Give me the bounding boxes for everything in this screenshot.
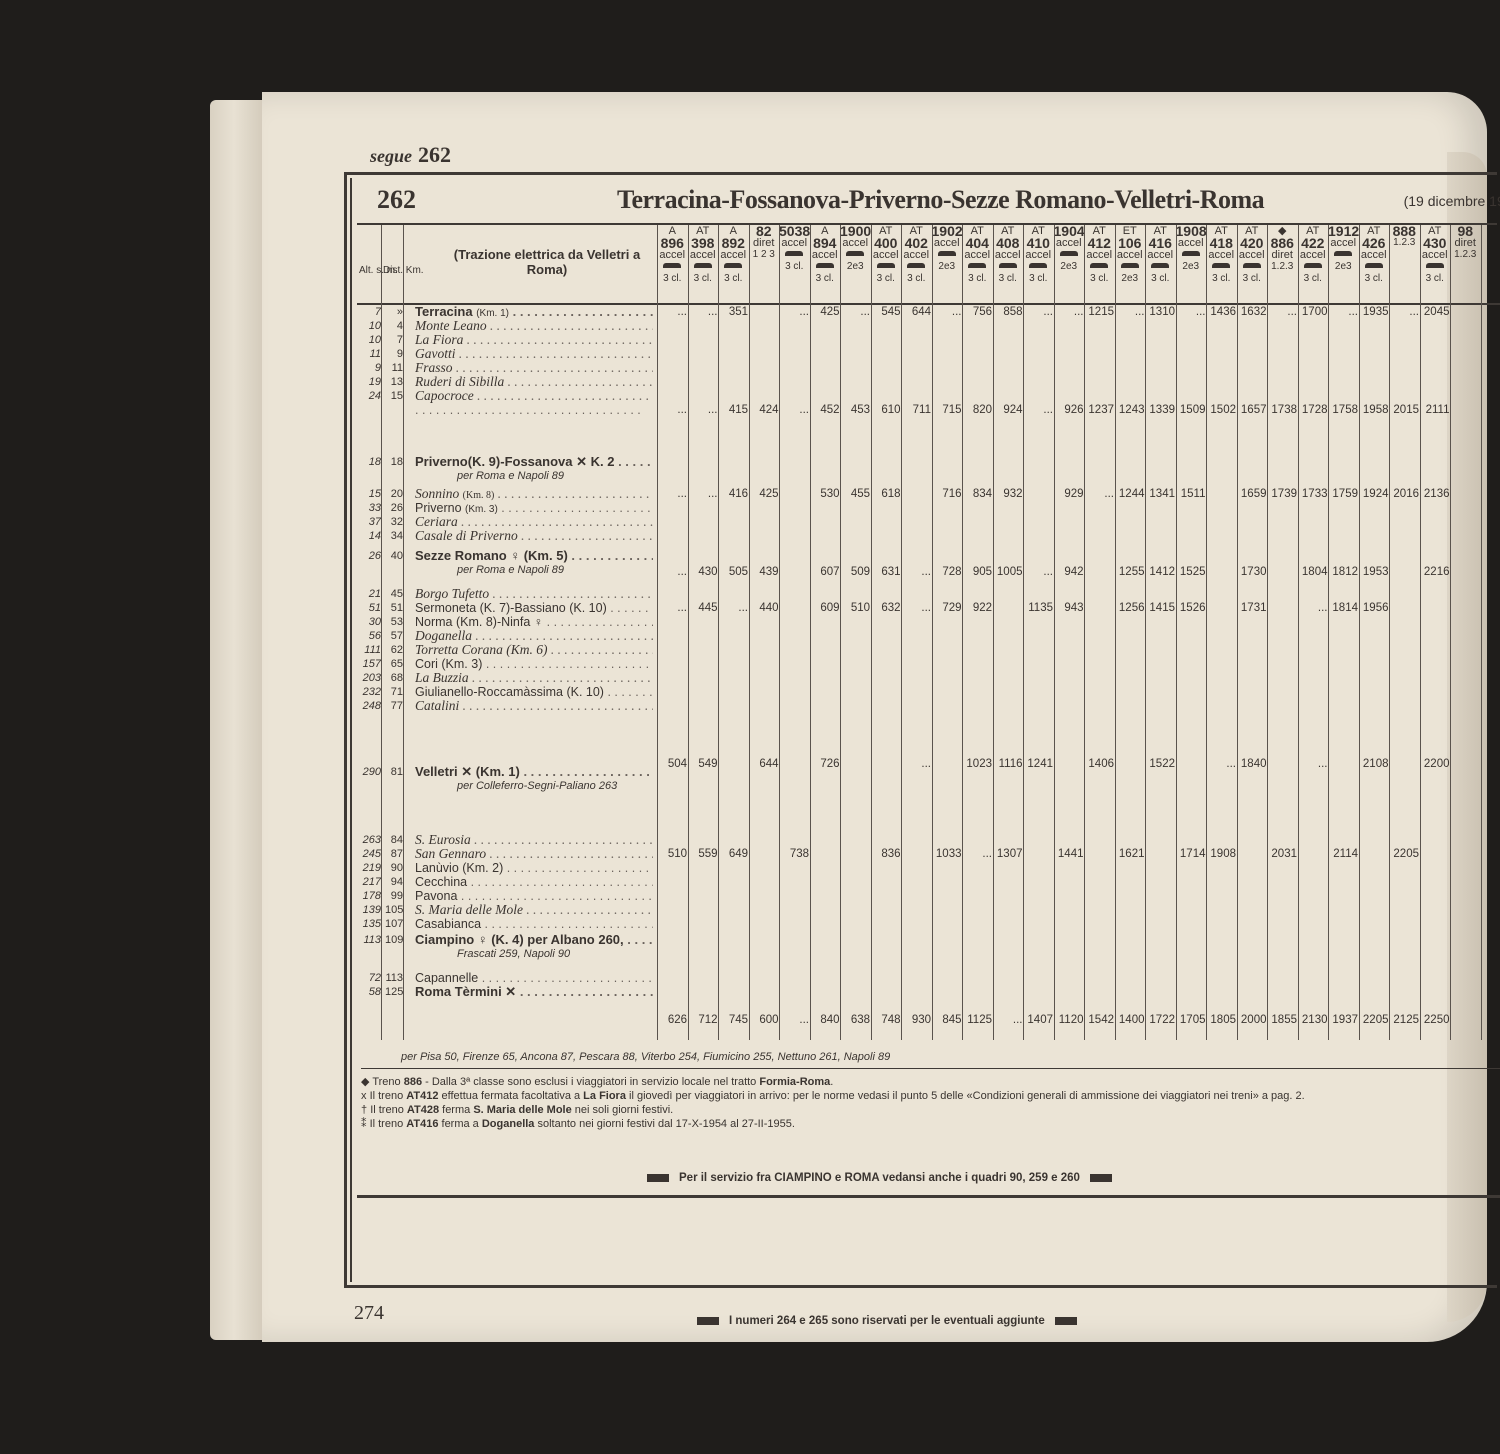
station-row: 3053Norma (Km. 8)-Ninfa ♀ <box>357 615 657 629</box>
distance-km: 62 <box>385 643 403 657</box>
time-cell <box>993 601 1023 615</box>
train-type: accel <box>932 237 963 249</box>
train-class: 3 cl. <box>962 273 993 285</box>
station-row: 1818Priverno(K. 9)-Fossanova ✕ K. 2 <box>357 455 657 469</box>
train-number: 1904 <box>1054 225 1085 237</box>
station-row: 29081Velletri ✕ (Km. 1) <box>357 765 657 779</box>
time-cell: 607 <box>810 565 840 579</box>
time-cell <box>1389 757 1419 771</box>
train-number: 420 <box>1237 237 1268 249</box>
station-row: 107La Fiora <box>357 333 657 347</box>
time-cell: 1908 <box>1206 847 1236 861</box>
train-number: 398 <box>688 237 719 249</box>
train-class: 2e3 <box>840 261 871 273</box>
train-class: 3 cl. <box>1084 273 1115 285</box>
column-rule <box>403 225 404 1040</box>
railcar-icon <box>1151 263 1169 268</box>
time-cell: ... <box>657 487 687 501</box>
train-type: accel <box>962 249 993 261</box>
train-class: 3 cl. <box>1420 273 1451 285</box>
distance-km: 87 <box>385 847 403 861</box>
pointing-hand-icon <box>697 1317 719 1325</box>
station-row: 20368La Buzzia <box>357 671 657 685</box>
distance-km: 9 <box>385 347 403 361</box>
time-cell: 530 <box>810 487 840 501</box>
column-rule <box>718 225 719 1040</box>
time-cell: 2125 <box>1389 1013 1419 1027</box>
station-row: 21794Cecchina <box>357 875 657 889</box>
book-page-edges <box>210 100 270 1340</box>
time-cell <box>779 487 809 501</box>
footnote: ◆ Treno 886 - Dalla 3ª classe sono esclu… <box>361 1075 1500 1089</box>
station-connection-note: per Roma e Napoli 89 <box>457 470 564 482</box>
train-number: 402 <box>901 237 932 249</box>
train-type: accel <box>1084 249 1115 261</box>
station-name: Casale di Priverno <box>415 529 653 545</box>
time-cell: 1341 <box>1145 487 1175 501</box>
altitude: 290 <box>357 765 381 779</box>
column-rule <box>810 225 811 1040</box>
distance-km: 18 <box>385 455 403 469</box>
time-cell: 728 <box>932 565 962 579</box>
distance-km: 34 <box>385 529 403 543</box>
time-cell: 1511 <box>1176 487 1206 501</box>
time-cell: ... <box>657 403 687 417</box>
station-row: 911Frasso <box>357 361 657 375</box>
column-rule <box>1481 225 1482 1040</box>
time-cell <box>932 757 962 771</box>
time-cell: 1033 <box>932 847 962 861</box>
time-cell: 942 <box>1054 565 1084 579</box>
station-row: 135107Casabianca <box>357 917 657 931</box>
train-number: 412 <box>1084 237 1115 249</box>
time-cell: ... <box>1023 565 1053 579</box>
time-cell: 1659 <box>1237 487 1267 501</box>
time-cell: 1255 <box>1115 565 1145 579</box>
roma-connections: per Pisa 50, Firenze 65, Ancona 87, Pesc… <box>361 1050 1500 1069</box>
time-cell: 1542 <box>1084 1013 1114 1027</box>
time-cell <box>1084 847 1114 861</box>
time-cell: ... <box>1298 757 1328 771</box>
time-cell <box>1054 757 1084 771</box>
time-cell: 609 <box>810 601 840 615</box>
column-rule <box>962 225 963 1040</box>
time-cell: ... <box>688 487 718 501</box>
train-number: 416 <box>1145 237 1176 249</box>
train-type: accel <box>718 249 749 261</box>
time-cell: 1243 <box>1115 403 1145 417</box>
time-cell: 1407 <box>1023 1013 1053 1027</box>
time-cell: 618 <box>871 487 901 501</box>
timetable-page: segue262 262 Terracina-Fossanova-Privern… <box>262 92 1487 1342</box>
column-rule <box>1176 225 1177 1040</box>
time-cell: ... <box>840 305 870 319</box>
train-type: accel <box>1023 249 1054 261</box>
station-row: 104Monte Leano <box>357 319 657 333</box>
time-cell <box>1359 847 1389 861</box>
train-class: 3 cl. <box>779 261 810 273</box>
time-cell: ... <box>1084 487 1114 501</box>
column-rule <box>1328 225 1329 1040</box>
timetable-title: Terracina-Fossanova-Priverno-Sezze Roman… <box>617 185 1264 215</box>
station-name: Sezze Romano ♀ (Km. 5) <box>415 549 653 565</box>
distance-km: 71 <box>385 685 403 699</box>
column-rule <box>749 225 750 1040</box>
altitude: 21 <box>357 587 381 601</box>
altitude: 219 <box>357 861 381 875</box>
train-number: 896 <box>657 237 688 249</box>
time-cell: 600 <box>749 1013 779 1027</box>
time-cell: ... <box>657 601 687 615</box>
time-cell: 836 <box>871 847 901 861</box>
distance-km: 77 <box>385 699 403 713</box>
time-cell: 756 <box>962 305 992 319</box>
train-number: 404 <box>962 237 993 249</box>
altitude: 157 <box>357 657 381 671</box>
time-cell: 1958 <box>1359 403 1389 417</box>
time-cell: 1436 <box>1206 305 1236 319</box>
time-cell: 1700 <box>1298 305 1328 319</box>
time-cell <box>1237 847 1267 861</box>
train-type: accel <box>1176 237 1207 249</box>
time-cell: 1935 <box>1359 305 1389 319</box>
time-cell: 1237 <box>1084 403 1114 417</box>
station-row: 5657Doganella <box>357 629 657 643</box>
time-cell: 2015 <box>1389 403 1419 417</box>
distance-km: 90 <box>385 861 403 875</box>
train-type: accel <box>1145 249 1176 261</box>
train-type: diret <box>1450 237 1481 249</box>
column-rule <box>688 225 689 1040</box>
station-row: 23271Giulianello-Roccamàssima (K. 10) <box>357 685 657 699</box>
time-cell <box>1267 757 1297 771</box>
time-cell: 425 <box>810 305 840 319</box>
time-cell: 1023 <box>962 757 992 771</box>
train-number: 422 <box>1298 237 1329 249</box>
time-cell: 626 <box>657 1013 687 1027</box>
time-cell <box>749 305 779 319</box>
time-cell <box>810 847 840 861</box>
distance-km: 109 <box>385 933 403 947</box>
train-type: accel <box>901 249 932 261</box>
train-column-header: A892accel3 cl. <box>718 225 749 303</box>
time-cell: 1509 <box>1176 403 1206 417</box>
column-rule <box>901 225 902 1040</box>
time-cell <box>718 757 748 771</box>
reserved-note: I numeri 264 e 265 sono riservati per le… <box>687 1315 1087 1327</box>
train-class: 1.2.3 <box>1450 249 1481 261</box>
station-row: 72113Capannelle <box>357 971 657 985</box>
railcar-icon <box>1029 263 1047 268</box>
time-cell: ... <box>1298 601 1328 615</box>
column-rule <box>1115 225 1116 1040</box>
column-rule <box>1054 225 1055 1040</box>
time-cell: 748 <box>871 1013 901 1027</box>
time-cell: 1805 <box>1206 1013 1236 1027</box>
train-type: accel <box>1115 249 1146 261</box>
distance-km: 53 <box>385 615 403 629</box>
train-column-header: AT398accel3 cl. <box>688 225 719 303</box>
time-cell: 505 <box>718 565 748 579</box>
train-column-header: AT402accel3 cl. <box>901 225 932 303</box>
railcar-icon <box>999 263 1017 268</box>
train-column-header: AT418accel3 cl. <box>1206 225 1237 303</box>
train-class: 3 cl. <box>1145 273 1176 285</box>
footnotes: per Pisa 50, Firenze 65, Ancona 87, Pesc… <box>361 1050 1500 1131</box>
station-row: 24877Catalini <box>357 699 657 713</box>
train-class: 1.2.3 <box>1389 237 1420 249</box>
train-type: diret <box>1267 249 1298 261</box>
time-cell <box>1084 565 1114 579</box>
altitude: 9 <box>357 361 381 375</box>
train-class: 3 cl. <box>1206 273 1237 285</box>
time-cell: 1120 <box>1054 1013 1084 1027</box>
train-type: accel <box>779 237 810 249</box>
time-cell <box>779 565 809 579</box>
time-cell <box>901 847 931 861</box>
time-cell: 929 <box>1054 487 1084 501</box>
time-cell: 2136 <box>1420 487 1450 501</box>
train-class: 3 cl. <box>1298 273 1329 285</box>
column-rule <box>1298 225 1299 1040</box>
train-type: accel <box>1206 249 1237 261</box>
station-name: Catalini <box>415 699 653 715</box>
altitude: 139 <box>357 903 381 917</box>
distance-km: 125 <box>385 985 403 999</box>
time-cell: 1125 <box>962 1013 992 1027</box>
train-column-header: 1912accel2e3 <box>1328 225 1359 303</box>
time-cell: ... <box>779 305 809 319</box>
time-cell: 424 <box>749 403 779 417</box>
column-rule <box>1084 225 1085 1040</box>
time-cell: 858 <box>993 305 1023 319</box>
time-cell: 1525 <box>1176 565 1206 579</box>
altitude: 245 <box>357 847 381 861</box>
time-cell: 1733 <box>1298 487 1328 501</box>
distance-km: 32 <box>385 515 403 529</box>
time-cell: 1758 <box>1328 403 1358 417</box>
time-cell: ... <box>1023 403 1053 417</box>
train-type: accel <box>810 249 841 261</box>
time-cell: 834 <box>962 487 992 501</box>
train-number: 1908 <box>1176 225 1207 237</box>
train-column-header: 1908accel2e3 <box>1176 225 1207 303</box>
train-class: 3 cl. <box>1237 273 1268 285</box>
train-class: 3 cl. <box>718 273 749 285</box>
train-column-header: 5038accel3 cl. <box>779 225 810 303</box>
time-cell: 439 <box>749 565 779 579</box>
station-row: 5151Sermoneta (K. 7)-Bassiano (K. 10) <box>357 601 657 615</box>
time-cell: 2130 <box>1298 1013 1328 1027</box>
distance-km: 68 <box>385 671 403 685</box>
station-connection-note: per Colleferro-Segni-Paliano 263 <box>457 780 617 792</box>
distance-km: 20 <box>385 487 403 501</box>
train-class: 3 cl. <box>1023 273 1054 285</box>
continuation-label: segue <box>370 146 412 166</box>
time-cell: ... <box>1023 305 1053 319</box>
time-cell: 2016 <box>1389 487 1419 501</box>
station-row: 113109Ciampino ♀ (K. 4) per Albano 260, <box>357 933 657 947</box>
railcar-icon <box>1182 251 1200 256</box>
distance-km: 84 <box>385 833 403 847</box>
column-rule <box>1450 225 1451 1040</box>
station-connection-note: Frascati 259, Napoli 90 <box>457 948 570 960</box>
station-row: 21990Lanùvio (Km. 2) <box>357 861 657 875</box>
altitude: 30 <box>357 615 381 629</box>
altitude: 135 <box>357 917 381 931</box>
time-cell: 922 <box>962 601 992 615</box>
time-cell: ... <box>1054 305 1084 319</box>
time-cell <box>1023 487 1053 501</box>
distance-km: 13 <box>385 375 403 389</box>
time-cell <box>1328 757 1358 771</box>
pointing-hand-icon <box>1055 1317 1077 1325</box>
time-cell: 712 <box>688 1013 718 1027</box>
time-cell: 2216 <box>1420 565 1450 579</box>
train-number: 1902 <box>932 225 963 237</box>
timetable-title-row: 262 Terracina-Fossanova-Priverno-Sezze R… <box>357 183 1497 225</box>
distance-km: 107 <box>385 917 403 931</box>
station-row: 15765Cori (Km. 3) <box>357 657 657 671</box>
train-number: 892 <box>718 237 749 249</box>
time-cell: 1814 <box>1328 601 1358 615</box>
time-cell: 455 <box>840 487 870 501</box>
train-class: 3 cl. <box>810 273 841 285</box>
train-number: 98 <box>1450 225 1481 237</box>
distance-km: 11 <box>385 361 403 375</box>
time-cell: ... <box>657 305 687 319</box>
altitude: 178 <box>357 889 381 903</box>
continuation-header: segue262 <box>370 142 451 168</box>
time-cell: 726 <box>810 757 840 771</box>
railcar-icon <box>724 263 742 268</box>
service-note: Per il servizio fra CIAMPINO e ROMA veda… <box>637 1172 1122 1184</box>
time-cell: 729 <box>932 601 962 615</box>
time-cell: 1441 <box>1054 847 1084 861</box>
altitude: 33 <box>357 501 381 515</box>
time-cell <box>1298 847 1328 861</box>
time-cell: 1415 <box>1145 601 1175 615</box>
train-column-header: AT404accel3 cl. <box>962 225 993 303</box>
time-cell: ... <box>1267 305 1297 319</box>
column-rule <box>779 225 780 1040</box>
time-cell: 632 <box>871 601 901 615</box>
train-number: 1912 <box>1328 225 1359 237</box>
time-cell: 644 <box>901 305 931 319</box>
column-rule <box>1145 225 1146 1040</box>
time-cell: 510 <box>840 601 870 615</box>
station-row: 11162Torretta Corana (Km. 6) <box>357 643 657 657</box>
time-cell: ... <box>718 601 748 615</box>
altitude: 37 <box>357 515 381 529</box>
train-number: 1900 <box>840 225 871 237</box>
altitude: 15 <box>357 487 381 501</box>
time-cell: 440 <box>749 601 779 615</box>
train-type: accel <box>1237 249 1268 261</box>
train-number: 894 <box>810 237 841 249</box>
column-rule <box>1267 225 1268 1040</box>
train-number: 400 <box>871 237 902 249</box>
station-row: 58125Roma Tèrmini ✕ <box>357 985 657 999</box>
time-cell: 509 <box>840 565 870 579</box>
time-cell: 1953 <box>1359 565 1389 579</box>
altitude: 11 <box>357 347 381 361</box>
time-cell: 1739 <box>1267 487 1297 501</box>
train-number: 82 <box>749 225 780 237</box>
time-cell: ... <box>932 305 962 319</box>
time-cell: 1307 <box>993 847 1023 861</box>
time-cell: ... <box>1328 305 1358 319</box>
column-rule <box>1237 225 1238 1040</box>
railcar-icon <box>1365 263 1383 268</box>
train-column-header: 98diret1.2.3 <box>1450 225 1481 303</box>
station-row: 3732Ceriara <box>357 515 657 529</box>
time-cell: 1005 <box>993 565 1023 579</box>
train-type: diret <box>749 237 780 249</box>
time-cell: 416 <box>718 487 748 501</box>
time-cell: 559 <box>688 847 718 861</box>
train-type: accel <box>1359 249 1390 261</box>
time-cell: 1400 <box>1115 1013 1145 1027</box>
train-column-header: AT412accel3 cl. <box>1084 225 1115 303</box>
train-number: 426 <box>1359 237 1390 249</box>
train-column-header: AT426accel3 cl. <box>1359 225 1390 303</box>
time-cell <box>901 487 931 501</box>
time-cell: ... <box>901 757 931 771</box>
altitude: 26 <box>357 549 381 563</box>
time-cell <box>871 757 901 771</box>
column-rule <box>657 225 658 1040</box>
station-row: 1913Ruderi di Sibilla <box>357 375 657 389</box>
altitude: 10 <box>357 333 381 347</box>
railcar-icon <box>938 251 956 256</box>
altitude: 113 <box>357 933 381 947</box>
time-cell: 1731 <box>1237 601 1267 615</box>
train-number: 410 <box>1023 237 1054 249</box>
distance-km: 57 <box>385 629 403 643</box>
time-cell: 1855 <box>1267 1013 1297 1027</box>
train-column-header: AT422accel3 cl. <box>1298 225 1329 303</box>
time-cell: ... <box>993 1013 1023 1027</box>
time-cell: 1657 <box>1237 403 1267 417</box>
station-row: 139105S. Maria delle Mole <box>357 903 657 917</box>
column-rule <box>840 225 841 1040</box>
time-cell: 638 <box>840 1013 870 1027</box>
time-cell <box>1389 565 1419 579</box>
time-cell: 1502 <box>1206 403 1236 417</box>
page-number: 274 <box>354 1302 384 1325</box>
distance-km: 99 <box>385 889 403 903</box>
time-cell: 1728 <box>1298 403 1328 417</box>
train-class: 1 2 3 <box>749 249 780 261</box>
footnote: † Il treno AT428 ferma S. Maria delle Mo… <box>361 1103 1500 1117</box>
pointing-hand-icon <box>647 1174 669 1182</box>
traction-note: (Trazione elettrica da Velletri a Roma) <box>437 247 657 277</box>
distance-km: 51 <box>385 601 403 615</box>
station-row: 17899Pavona <box>357 889 657 903</box>
time-cell: 932 <box>993 487 1023 501</box>
time-cell: 1256 <box>1115 601 1145 615</box>
time-cell <box>1176 757 1206 771</box>
time-cell: ... <box>657 565 687 579</box>
time-cell: 1215 <box>1084 305 1114 319</box>
time-cell: 425 <box>749 487 779 501</box>
time-cell: 1840 <box>1237 757 1267 771</box>
railcar-icon <box>1121 263 1139 268</box>
time-cell: 549 <box>688 757 718 771</box>
timetable-number: 262 <box>377 185 416 215</box>
time-cell: 820 <box>962 403 992 417</box>
